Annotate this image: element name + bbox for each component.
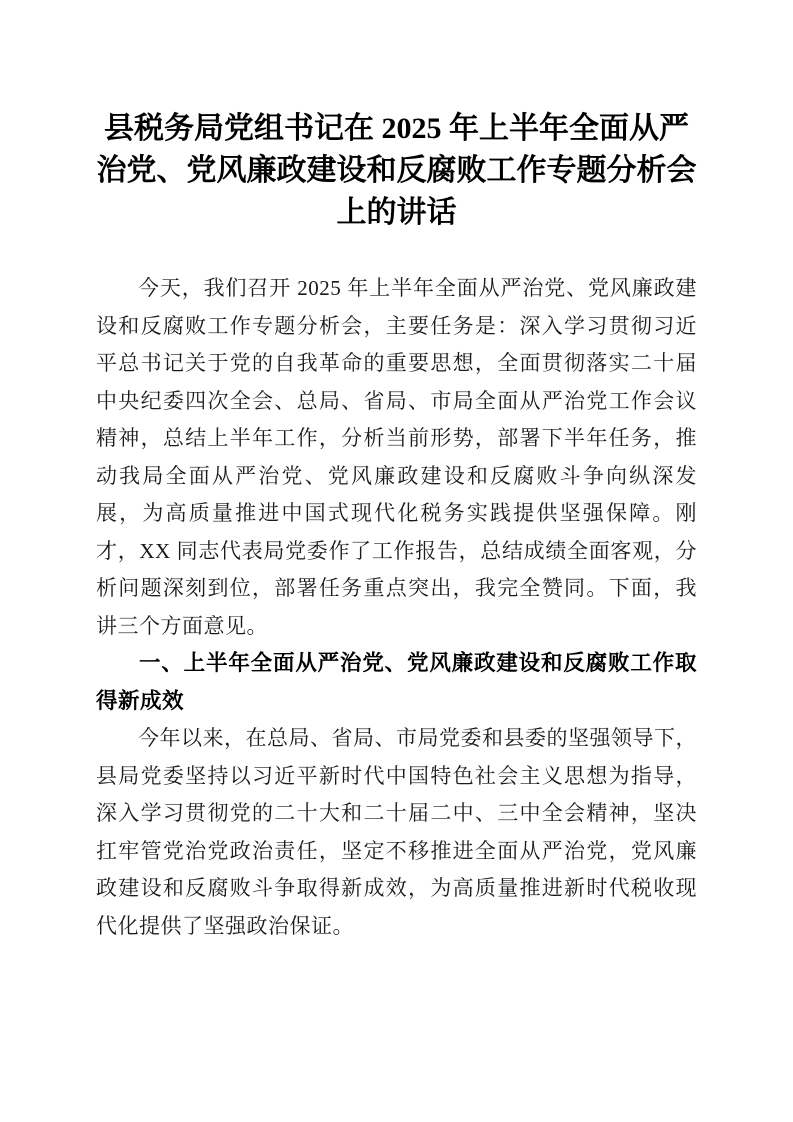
- section-heading-1: 一、上半年全面从严治党、党风廉政建设和反腐败工作取得新成效: [96, 645, 697, 720]
- paragraph-intro: 今天，我们召开 2025 年上半年全面从严治党、党风廉政建设和反腐败工作专题分析…: [96, 270, 697, 645]
- document-title-line-3: 上的讲话: [96, 192, 697, 234]
- document-page: 县税务局党组书记在 2025 年上半年全面从严 治党、党风廉政建设和反腐败工作专…: [0, 0, 793, 1122]
- paragraph-section-1: 今年以来，在总局、省局、市局党委和县委的坚强领导下，县局党委坚持以习近平新时代中…: [96, 720, 697, 945]
- document-body: 今天，我们召开 2025 年上半年全面从严治党、党风廉政建设和反腐败工作专题分析…: [96, 270, 697, 945]
- document-title-line-1: 县税务局党组书记在 2025 年上半年全面从严: [96, 108, 697, 150]
- document-title: 县税务局党组书记在 2025 年上半年全面从严 治党、党风廉政建设和反腐败工作专…: [96, 108, 697, 234]
- document-title-line-2: 治党、党风廉政建设和反腐败工作专题分析会: [96, 150, 697, 192]
